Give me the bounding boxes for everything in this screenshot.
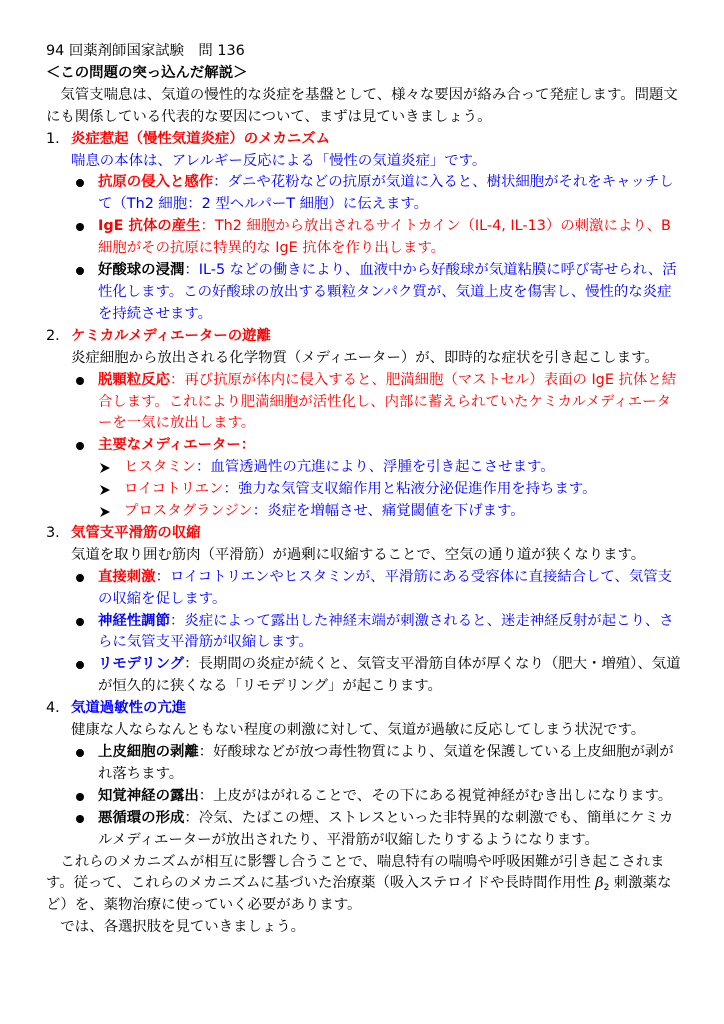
bullet-item: 神経性調節：炎症によって露出した神経末端が刺激されると、迷走神経反射が起こり、さ… <box>73 611 682 655</box>
bullet-dot-icon <box>76 574 84 582</box>
bullet-label: 上皮細胞の剥離 <box>98 744 199 760</box>
bullet-item: 好酸球の浸潤：IL-5 などの働きにより、血液中から好酸球が気道粘膜に呼び寄せら… <box>73 260 682 326</box>
bullet-item: IgE 抗体の産生：Th2 細胞から放出されるサイトカイン（IL-4, IL-1… <box>73 216 682 260</box>
bullet-dot-icon <box>76 618 84 626</box>
bullet-label: 知覚神経の露出 <box>98 788 199 804</box>
final-paragraph: では、各選択肢を見ていきましょう。 <box>46 917 682 939</box>
bullet-dot-icon <box>76 815 84 823</box>
intro-paragraph: 気管支喘息は、気道の慢性的な炎症を基盤として、様々な要因が絡み合って発症します。… <box>46 85 682 129</box>
sub-bullet-label: ヒスタミン <box>124 459 196 475</box>
section-body: 健康な人ならなんともない程度の刺激に対して、気道が過敏に反応してしまう状況です。 <box>71 720 682 742</box>
section-heading: 2. ケミカルメディエーターの遊離 <box>46 326 682 348</box>
section-heading-title: ケミカルメディエーターの遊離 <box>71 326 271 348</box>
bullet-item: 悪循環の形成：冷気、たばこの煙、ストレスといった非特異的な刺激でも、簡単にケミカ… <box>73 808 682 852</box>
bullet-label: 悪循環の形成 <box>98 810 184 826</box>
section-body: 喘息の本体は、アレルギー反応による「慢性の気道炎症」です。 <box>71 151 682 173</box>
bullet-label: 抗原の侵入と感作 <box>98 174 213 190</box>
bullet-text: ：IL-5 などの働きにより、血液中から好酸球が気道粘膜に呼び寄せられ、活 性化… <box>98 262 677 322</box>
bullet-item: 直接刺激：ロイコトリエンやヒスタミンが、平滑筋にある受容体に直接結合して、気管支… <box>73 567 682 611</box>
sub-bullet-list: ヒスタミン：血管透過性の亢進により、浮腫を引き起こさせます。 ロイコトリエン：強… <box>98 457 682 523</box>
sub-bullet-label: ロイコトリエン <box>124 481 223 497</box>
exam-title: 94 回薬剤師国家試験 問 136 <box>46 41 682 63</box>
closing-paragraph: これらのメカニズムが相互に影響し合うことで、喘息特有の喘鳴や呼吸困難が引き起こさ… <box>46 852 682 918</box>
arrowhead-bullet-icon <box>100 507 110 517</box>
section-heading-title: 気管支平滑筋の収縮 <box>71 523 201 545</box>
bullet-item: 主要なメディエーター： <box>73 435 682 457</box>
section-4: 4. 気道過敏性の亢進 健康な人ならなんともない程度の刺激に対して、気道が過敏に… <box>46 698 682 851</box>
bullet-text: ：冷気、たばこの煙、ストレスといった非特異的な刺激でも、簡単にケミカ ルメディエ… <box>98 810 673 848</box>
section-number: 4. <box>46 698 71 720</box>
sub-bullet-text: ：血管透過性の亢進により、浮腫を引き起こさせます。 <box>196 459 555 475</box>
sub-bullet-item: ロイコトリエン：強力な気管支収縮作用と粘液分泌促進作用を持ちます。 <box>98 479 682 501</box>
bullet-label: 直接刺激 <box>98 569 156 585</box>
section-2: 2. ケミカルメディエーターの遊離 炎症細胞から放出される化学物質（メディエータ… <box>46 326 682 523</box>
arrowhead-bullet-icon <box>100 485 110 495</box>
sub-bullet-item: ヒスタミン：血管透過性の亢進により、浮腫を引き起こさせます。 <box>98 457 682 479</box>
sub-bullet-label: プロスタグランジン <box>124 503 253 519</box>
bullet-text: ：上皮がはがれることで、その下にある視覚神経がむき出しになります。 <box>199 788 672 804</box>
bullet-label: IgE 抗体の産生 <box>98 218 200 234</box>
section-number: 2. <box>46 326 71 348</box>
section-1: 1. 炎症惹起（慢性気道炎症）のメカニズム 喘息の本体は、アレルギー反応による「… <box>46 129 682 326</box>
bullet-dot-icon <box>76 377 84 385</box>
section-body: 気道を取り囲む筋肉（平滑筋）が過剰に収縮することで、空気の通り道が狭くなります。 <box>71 545 682 567</box>
bullet-label: 脱顆粒反応 <box>98 372 170 388</box>
section-number: 1. <box>46 129 71 151</box>
bullet-dot-icon <box>76 749 84 757</box>
bullet-dot-icon <box>76 661 84 669</box>
sub-bullet-text: ：強力な気管支収縮作用と粘液分泌促進作用を持ちます。 <box>223 481 596 497</box>
bullet-item: リモデリング：長期間の炎症が続くと、気管支平滑筋自体が厚くなり（肥大・増殖）、気… <box>73 654 682 698</box>
bullet-label: リモデリング <box>98 656 184 672</box>
section-heading: 1. 炎症惹起（慢性気道炎症）のメカニズム <box>46 129 682 151</box>
bullet-text: ：長期間の炎症が続くと、気管支平滑筋自体が厚くなり（肥大・増殖）、気道 が恒久的… <box>98 656 681 694</box>
bullet-item: 上皮細胞の剥離：好酸球などが放つ毒性物質により、気道を保護している上皮細胞が剥が… <box>73 742 682 786</box>
section-heading: 4. 気道過敏性の亢進 <box>46 698 682 720</box>
bullet-text: ：ロイコトリエンやヒスタミンが、平滑筋にある受容体に直接結合して、気管支 の収縮… <box>98 569 672 607</box>
closing-text-a: これらのメカニズムが相互に影響し合うことで、喘息特有の喘鳴や呼吸困難が引き起こさ… <box>46 854 665 892</box>
section-heading-title: 炎症惹起（慢性気道炎症）のメカニズム <box>71 129 330 151</box>
bullet-dot-icon <box>76 267 84 275</box>
sub-bullet-item: プロスタグランジン：炎症を増幅させ、痛覚閾値を下げます。 <box>98 501 682 523</box>
bullet-label: 好酸球の浸潤 <box>98 262 184 278</box>
section-number: 3. <box>46 523 71 545</box>
bullet-dot-icon <box>76 179 84 187</box>
document-page: 94 回薬剤師国家試験 問 136 ＜この問題の突っ込んだ解説＞ 気管支喘息は、… <box>0 0 682 939</box>
section-heading-title: 気道過敏性の亢進 <box>71 698 186 720</box>
bullet-text: ：再び抗原が体内に侵入すると、肥満細胞（マストセル）表面の IgE 抗体と結 合… <box>98 372 676 432</box>
section-3: 3. 気管支平滑筋の収縮 気道を取り囲む筋肉（平滑筋）が過剰に収縮することで、空… <box>46 523 682 698</box>
arrowhead-bullet-icon <box>100 463 110 473</box>
sub-bullet-text: ：炎症を増幅させ、痛覚閾値を下げます。 <box>253 503 525 519</box>
bullet-item: 知覚神経の露出：上皮がはがれることで、その下にある視覚神経がむき出しになります。 <box>73 786 682 808</box>
section-body: 炎症細胞から放出される化学物質（メディエーター）が、即時的な症状を引き起こします… <box>71 348 682 370</box>
bullet-label: 主要なメディエーター： <box>98 437 255 453</box>
bullet-text: ：炎症によって露出した神経末端が刺激されると、迷走神経反射が起こり、さ らに気管… <box>98 613 674 651</box>
beta-symbol: β <box>595 875 603 891</box>
section-heading: 3. 気管支平滑筋の収縮 <box>46 523 682 545</box>
bullet-label: 神経性調節 <box>98 613 170 629</box>
bullet-item: 抗原の侵入と感作：ダニや花粉などの抗原が気道に入ると、樹状細胞がそれをキャッチし… <box>73 172 682 216</box>
bullet-dot-icon <box>76 223 84 231</box>
bullet-dot-icon <box>76 442 84 450</box>
bullet-item: 脱顆粒反応：再び抗原が体内に侵入すると、肥満細胞（マストセル）表面の IgE 抗… <box>73 370 682 436</box>
section-title: ＜この問題の突っ込んだ解説＞ <box>46 63 682 85</box>
bullet-dot-icon <box>76 793 84 801</box>
